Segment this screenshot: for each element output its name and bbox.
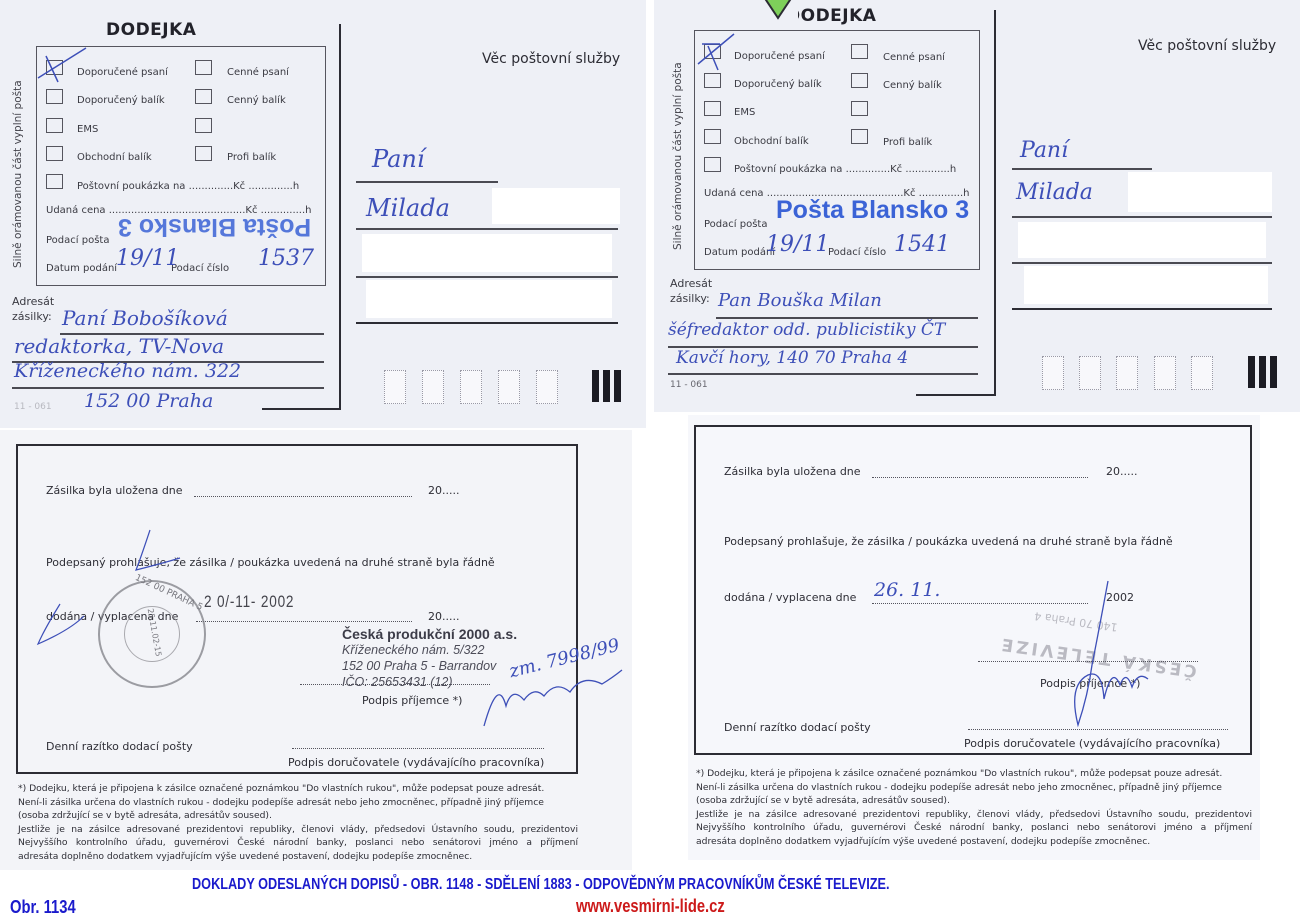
form-divider: [339, 24, 341, 410]
receipt-back-1: Zásilka byla uložena dne 20..... Podepsa…: [0, 430, 632, 870]
stamp-slot: [460, 370, 482, 404]
redacted-block: [492, 188, 620, 224]
stored-label: Zásilka byla uložena dne: [724, 465, 861, 478]
option-label: Doporučený balík: [734, 79, 822, 90]
posting-office-label: Podací pošta: [704, 219, 767, 230]
figure-number: Obr. 1134: [10, 897, 76, 918]
addressee-label: Adresátzásilky:: [670, 276, 712, 306]
delivered-label: dodána / vyplacena dne: [724, 591, 856, 604]
option-label: EMS: [77, 124, 98, 135]
deliverer-sign-field[interactable]: [292, 748, 544, 749]
form-number: 11 - 061: [14, 402, 52, 412]
form-number: 11 - 061: [670, 380, 708, 390]
posting-number-label: Podací číslo: [828, 247, 886, 258]
sender-line-1: Paní: [1020, 138, 1068, 163]
stored-year: 20.....: [428, 484, 459, 497]
check-mark-icon: [34, 44, 94, 84]
checkbox-profi-balik[interactable]: [851, 129, 868, 144]
stamp-slot: [1154, 356, 1176, 390]
checkbox-cenne-psani[interactable]: [851, 44, 868, 59]
barcode-marks: [1248, 356, 1277, 388]
signature-strokes: [30, 520, 230, 650]
posting-date-value: 19/11: [116, 246, 179, 271]
recipient-signature: [478, 666, 628, 736]
recipient-signature: [1028, 575, 1158, 735]
sender-line: [356, 276, 618, 278]
checkbox-profi-balik[interactable]: [195, 146, 212, 161]
redacted-block: [1024, 266, 1268, 304]
sender-line: [356, 322, 618, 324]
stored-year: 20.....: [1106, 465, 1137, 478]
deliverer-sign-label: Podpis doručovatele (vydávajícího pracov…: [288, 756, 544, 769]
posting-number-value: 1537: [258, 246, 314, 271]
footnote: *) Dodejku, která je připojena k zásilce…: [696, 767, 1252, 848]
stamp-slot: [1079, 356, 1101, 390]
address-line: [12, 387, 324, 389]
addressee-line-4: 152 00 Praha: [84, 390, 213, 412]
address-line: [668, 373, 978, 375]
form-title: DODEJKA: [786, 6, 876, 26]
caption-headline: DOKLADY ODESLANÝCH DOPISŮ - OBR. 1148 - …: [192, 876, 890, 894]
option-label: Obchodní balík: [734, 136, 809, 147]
checkbox-postovni-poukazka[interactable]: [46, 174, 63, 189]
addressee-line-2: redaktorka, TV-Nova: [14, 334, 224, 358]
barcode-marks: [592, 370, 621, 402]
frame-bottom: [262, 408, 340, 410]
stamp-slot: [1191, 356, 1213, 390]
addressee-line-3: Kavčí hory, 140 70 Praha 4: [676, 348, 908, 368]
stamp-slot: [498, 370, 520, 404]
money-order-label: Poštovní poukázka na ..............Kč ..…: [734, 164, 956, 175]
option-label: EMS: [734, 107, 755, 118]
checkbox-cenne-psani[interactable]: [195, 60, 212, 75]
daily-stamp-label: Denní razítko dodací pošty: [46, 740, 193, 753]
checkbox-doporuceny-balik[interactable]: [46, 89, 63, 104]
posting-office-stamp: Pošta Blansko 3: [118, 212, 311, 241]
checkbox-obchodni-balik[interactable]: [46, 146, 63, 161]
money-order-label: Poštovní poukázka na ..............Kč ..…: [77, 181, 299, 192]
option-label: Profi balík: [227, 152, 276, 163]
checkbox-blank[interactable]: [195, 118, 212, 133]
posting-office-label: Podací pošta: [46, 235, 109, 246]
redacted-block: [1018, 222, 1266, 258]
delivered-year: 20.....: [428, 610, 459, 623]
checkbox-doporuceny-balik[interactable]: [704, 73, 721, 88]
sender-line: [1012, 262, 1272, 264]
stamp-slot: [384, 370, 406, 404]
receipt-front-1: DODEJKA Silně orámovanou část vyplní poš…: [0, 0, 646, 428]
checkbox-postovni-poukazka[interactable]: [704, 157, 721, 172]
deliverer-sign-label: Podpis doručovatele (vydávajícího pracov…: [964, 737, 1220, 750]
stamp-slot: [1042, 356, 1064, 390]
side-note: Silně orámovanou část vyplní pošta: [12, 80, 24, 268]
delivered-handwritten-date: 26. 11.: [874, 579, 940, 601]
stamp-slot: [422, 370, 444, 404]
stored-date-field[interactable]: [194, 496, 412, 497]
frame-bottom: [916, 394, 996, 396]
checkbox-blank[interactable]: [851, 101, 868, 116]
recipient-sign-field[interactable]: [300, 684, 490, 685]
sender-line: [356, 228, 618, 230]
stamp-slot: [536, 370, 558, 404]
checkbox-ems[interactable]: [46, 118, 63, 133]
redacted-block: [366, 280, 612, 318]
redacted-block: [1128, 172, 1272, 212]
option-label: Cenné psaní: [227, 67, 289, 78]
option-label: Cenný balík: [883, 80, 942, 91]
option-label: Obchodní balík: [77, 152, 152, 163]
service-label: Věc poštovní služby: [1138, 38, 1276, 54]
sender-line: [1012, 216, 1272, 218]
addressee-line-3: Kříženeckého nám. 322: [14, 360, 241, 382]
redacted-block: [362, 234, 612, 272]
stamp-slot: [1116, 356, 1138, 390]
option-label: Cenné psaní: [883, 52, 945, 63]
posting-date-label: Datum podání: [704, 247, 775, 258]
sender-line: [1012, 168, 1152, 170]
checkbox-cenny-balik[interactable]: [195, 89, 212, 104]
sender-line-2: Milada: [1016, 180, 1093, 205]
posting-number-label: Podací číslo: [171, 263, 229, 274]
deliverer-sign-field[interactable]: [968, 729, 1228, 730]
sender-line-2: Milada: [366, 194, 450, 222]
declaration-text: Podepsaný prohlašuje, že zásilka / pouká…: [724, 535, 1173, 548]
checkbox-obchodni-balik[interactable]: [704, 129, 721, 144]
sender-line-1: Paní: [372, 145, 425, 173]
daily-stamp-label: Denní razítko dodací pošty: [724, 721, 871, 734]
posting-office-stamp: Pošta Blansko 3: [776, 196, 969, 225]
form-divider: [994, 10, 996, 396]
option-label: Profi balík: [883, 137, 932, 148]
posting-date-value: 19/11: [766, 232, 829, 257]
addressee-line-2: šéfredaktor odd. publicistiky ČT: [668, 320, 945, 340]
option-label: Doporučený balík: [77, 95, 165, 106]
green-diamond-icon: [750, 0, 806, 24]
stored-label: Zásilka byla uložena dne: [46, 484, 183, 497]
posting-number-value: 1541: [894, 232, 950, 257]
addressee-label: Adresátzásilky:: [12, 294, 54, 324]
receipt-back-2: Zásilka byla uložena dne 20..... Podepsa…: [688, 415, 1260, 860]
addressee-line-1: Paní Bobošíková: [62, 306, 228, 330]
check-mark-icon: [694, 30, 754, 75]
checkbox-ems[interactable]: [704, 101, 721, 116]
posting-date-label: Datum podání: [46, 263, 117, 274]
addressee-line-1: Pan Bouška Milan: [718, 290, 882, 311]
option-label: Cenný balík: [227, 95, 286, 106]
form-title: DODEJKA: [106, 20, 196, 40]
website-link[interactable]: www.vesmirni-lide.cz: [576, 896, 725, 917]
service-label: Věc poštovní služby: [482, 51, 620, 67]
side-note: Silně orámovanou část vyplní pošta: [672, 62, 684, 250]
sender-line: [356, 181, 498, 183]
address-line: [716, 317, 978, 319]
stored-date-field[interactable]: [872, 477, 1088, 478]
recipient-sign-label: Podpis příjemce *): [362, 694, 462, 707]
checkbox-cenny-balik[interactable]: [851, 73, 868, 88]
footnote: *) Dodejku, která je připojena k zásilce…: [18, 782, 578, 863]
receipt-front-2: DODEJKA Silně orámovanou část vyplní poš…: [654, 0, 1300, 412]
sender-line: [1012, 308, 1272, 310]
